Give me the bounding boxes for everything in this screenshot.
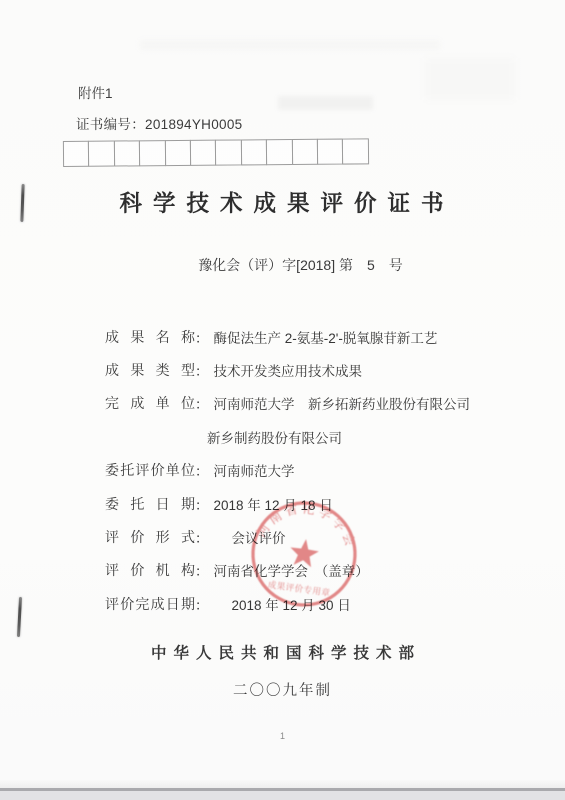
colon: ：: [131, 117, 145, 132]
colon: ：: [195, 393, 209, 413]
field-row-commissioning-unit: 委托评价单位：河南师范大学: [105, 454, 470, 487]
code-box-cell: [291, 139, 318, 165]
code-box-cell: [342, 138, 369, 164]
field-label: 成果类型: [105, 360, 195, 380]
code-box-cell: [317, 139, 344, 165]
field-row-completing-units: 完成单位：河南师范大学 新乡拓新药业股份有限公司: [105, 387, 470, 420]
attachment-label: 附件1: [78, 82, 113, 102]
field-label: 委托日期: [105, 494, 195, 514]
field-label: 成果名称: [105, 327, 195, 347]
field-label: 评价完成日期: [105, 594, 195, 614]
code-box-cell: [266, 139, 293, 165]
code-box-cell: [164, 140, 191, 166]
field-value: 酶促法生产 2-氨基-2'-脱氧腺苷新工艺: [214, 327, 438, 347]
colon: ：: [195, 594, 209, 614]
code-box-cell: [114, 140, 141, 166]
code-box-cell: [63, 141, 90, 167]
field-label: 完成单位: [105, 393, 195, 413]
field-value: 河南师范大学: [214, 460, 295, 480]
seal-star-icon: [288, 537, 320, 568]
scan-smudge: [140, 40, 440, 50]
svg-text:河南省化学学会: 河南省化学学会: [253, 495, 363, 553]
scan-smudge: [278, 96, 373, 110]
certificate-number-line: 证书编号：201894YH0005: [76, 113, 242, 133]
colon: ：: [195, 460, 209, 480]
colon: ：: [195, 494, 209, 514]
field-label: 评价机构: [105, 560, 195, 580]
certificate-title: 科学技术成果评价证书: [0, 186, 565, 218]
certificate-number-value: 201894YH0005: [145, 117, 242, 132]
document-number: 豫化会（评）字[2018] 第 5 号: [0, 255, 565, 275]
field-row-achievement-type: 成果类型：技术开发类应用技术成果: [105, 353, 470, 386]
colon: ：: [195, 327, 209, 347]
field-label: 评价形式: [105, 527, 195, 547]
seal-org-text: 河南省化学学会: [253, 495, 363, 553]
scan-bottom-band: [0, 791, 565, 800]
code-box-cell: [241, 139, 268, 165]
seal-subtitle-text: 成果评价专用章: [267, 579, 331, 598]
code-box-cell: [88, 141, 115, 167]
code-box-cell: [139, 140, 166, 166]
field-value: 新乡制药股份有限公司: [207, 427, 342, 447]
scan-smudge: [425, 58, 515, 100]
code-box-row: [63, 138, 369, 167]
staple-mark-bottom: [17, 597, 22, 637]
field-value: 河南师范大学 新乡拓新药业股份有限公司: [214, 393, 471, 413]
scan-bottom-shadow: [0, 779, 565, 788]
colon: ：: [195, 560, 209, 580]
page-number: 1: [280, 731, 285, 741]
field-label: 委托评价单位: [105, 460, 195, 480]
colon: ：: [195, 360, 209, 380]
field-row-achievement-name: 成果名称：酶促法生产 2-氨基-2'-脱氧腺苷新工艺: [105, 320, 470, 353]
colon: ：: [195, 527, 209, 547]
issuing-authority: 中华人民共和国科学技术部: [0, 641, 565, 663]
field-row-completing-units-continued: 新乡制药股份有限公司: [105, 420, 470, 453]
code-box-cell: [190, 140, 217, 166]
field-value: 技术开发类应用技术成果: [214, 360, 363, 380]
official-seal: 河南省化学学会 成果评价专用章: [240, 490, 369, 619]
edition-year: 二〇〇九年制: [0, 679, 565, 700]
code-box-cell: [215, 139, 242, 165]
certificate-number-label: 证书编号: [76, 117, 131, 132]
scanned-certificate-page: { "meta": { "attachment": "附件1", "cert_n…: [0, 0, 565, 800]
